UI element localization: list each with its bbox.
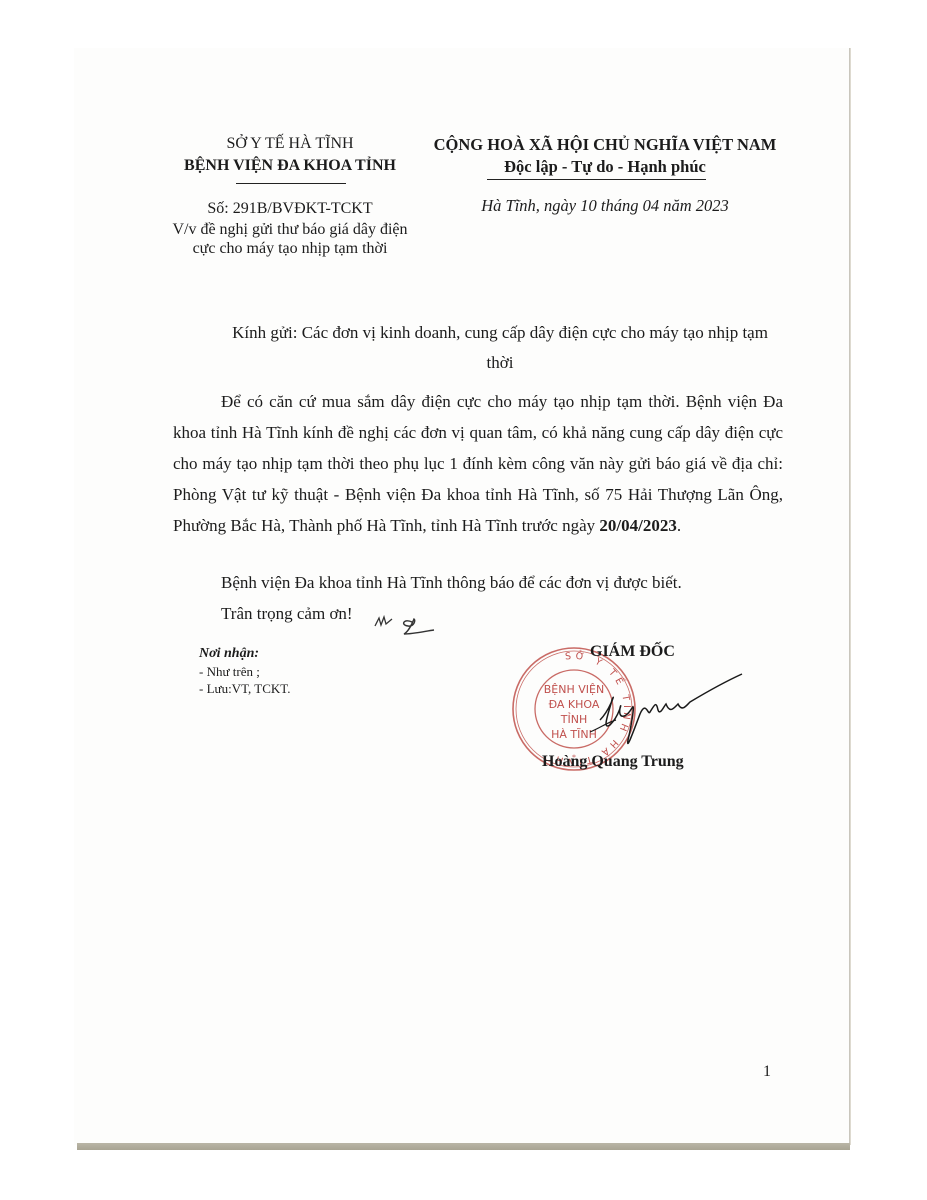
parent-organization: SỞ Y TẾ HÀ TĨNH bbox=[150, 135, 430, 153]
letter-body: Để có căn cứ mua sắm dây điện cực cho má… bbox=[173, 386, 783, 541]
thanks-line: Trân trọng cảm ơn! bbox=[221, 604, 353, 624]
signer-name: Hoàng Quang Trung bbox=[542, 753, 684, 771]
main-paragraph-text: Để có căn cứ mua sắm dây điện cực cho má… bbox=[173, 392, 783, 535]
national-motto: Độc lập - Tự do - Hạnh phúc bbox=[420, 157, 790, 177]
recipients-heading: Nơi nhận: bbox=[199, 646, 259, 662]
svg-text:TỈNH: TỈNH bbox=[560, 712, 587, 726]
document-number: Số: 291B/BVĐKT-TCKT bbox=[150, 200, 430, 218]
organization-name: BỆNH VIỆN ĐA KHOA TỈNH bbox=[150, 157, 430, 175]
handwritten-initials bbox=[370, 610, 450, 640]
document-subject: V/v đề nghị gửi thư báo giá dây điện cực… bbox=[165, 220, 415, 258]
place-date: Hà Tĩnh, ngày 10 tháng 04 năm 2023 bbox=[420, 196, 790, 216]
header-right-divider bbox=[487, 179, 706, 180]
deadline-suffix: . bbox=[677, 516, 681, 535]
main-paragraph: Để có căn cứ mua sắm dây điện cực cho má… bbox=[173, 386, 783, 541]
recipient-item: - Như trên ; bbox=[199, 664, 260, 680]
deadline-date: 20/04/2023 bbox=[599, 516, 676, 535]
notice-line: Bệnh viện Đa khoa tỉnh Hà Tĩnh thông báo… bbox=[221, 573, 682, 593]
page-edge-shadow bbox=[77, 1143, 850, 1150]
handwritten-signature bbox=[590, 670, 750, 760]
recipient-line: Kính gửi: Các đơn vị kinh doanh, cung cấ… bbox=[230, 318, 770, 378]
recipient-item: - Lưu:VT, TCKT. bbox=[199, 681, 291, 697]
national-title: CỘNG HOÀ XÃ HỘI CHỦ NGHĨA VIỆT NAM bbox=[420, 135, 790, 155]
page-number: 1 bbox=[763, 1063, 771, 1081]
signer-title: GIÁM ĐỐC bbox=[590, 643, 675, 661]
header-left-divider bbox=[236, 183, 346, 184]
